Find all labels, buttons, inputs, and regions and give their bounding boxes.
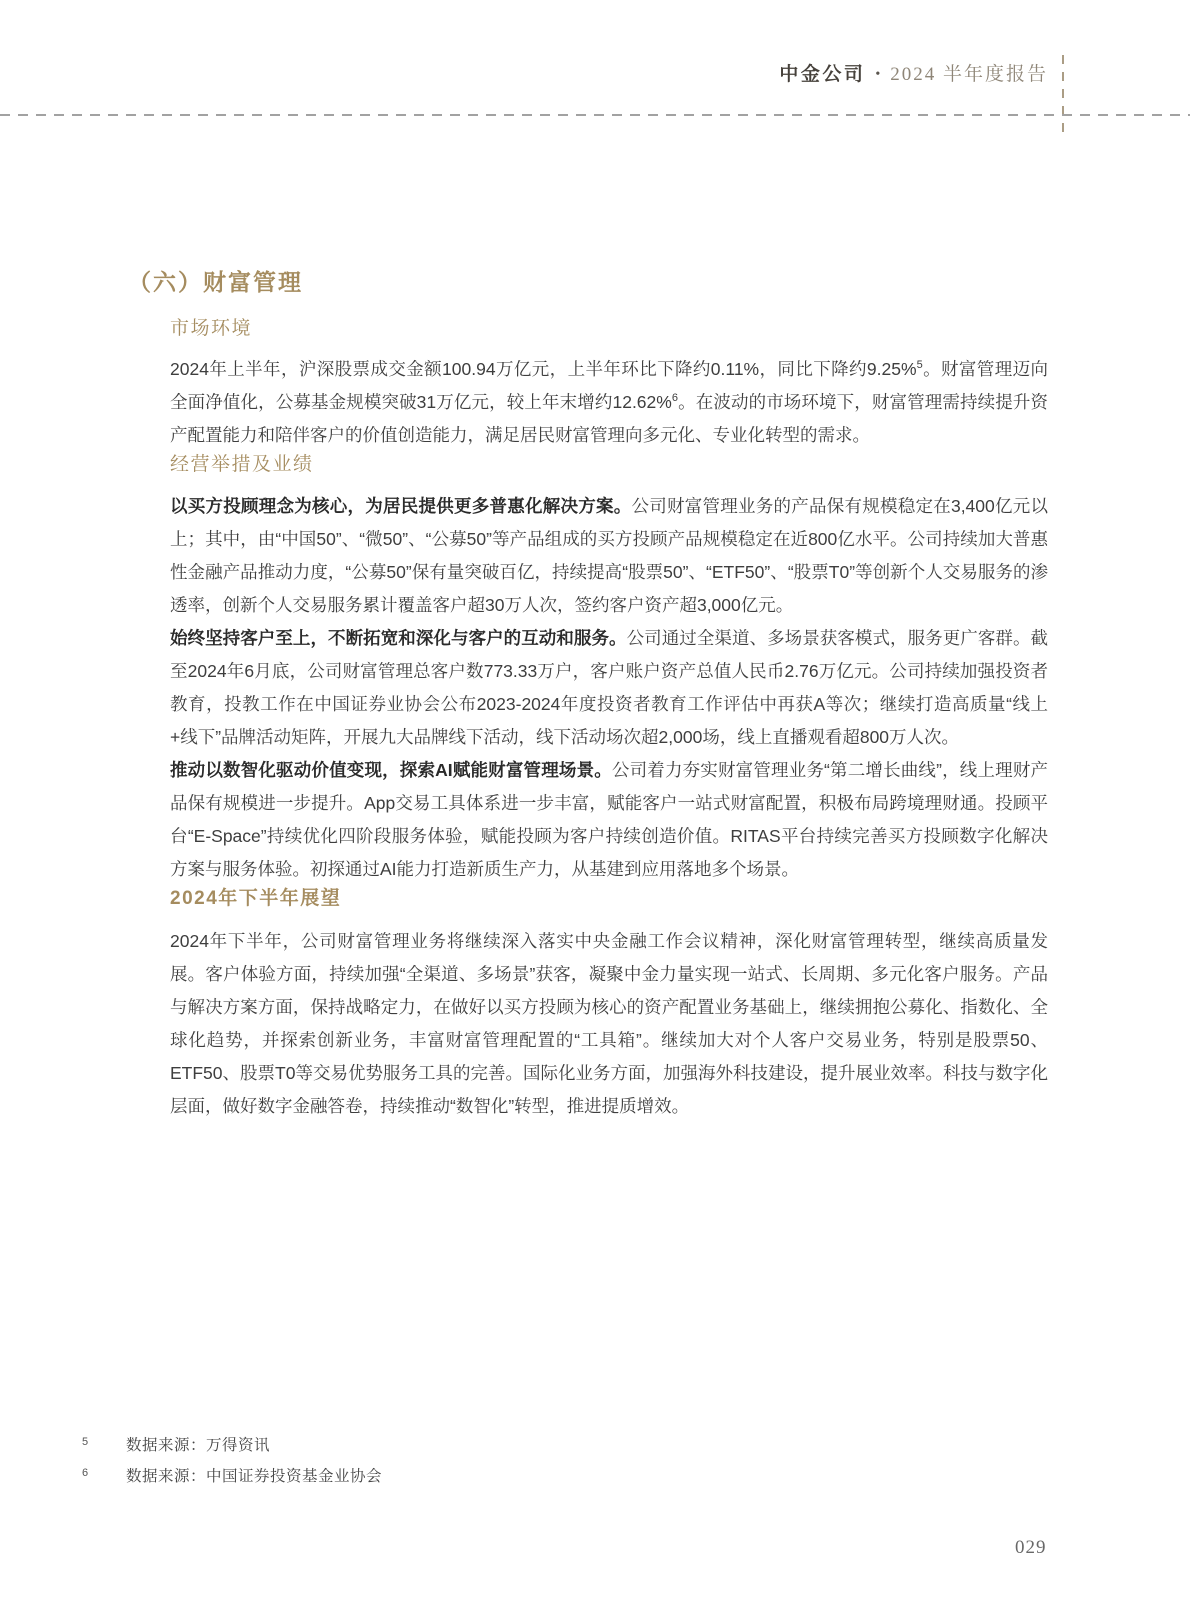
operations-paragraph-2-lead: 始终坚持客户至上，不断拓宽和深化与客户的互动和服务。 — [170, 628, 627, 648]
footnote-text: 数据来源：中国证券投资基金业协会 — [126, 1464, 382, 1486]
market-environment-heading: 市场环境 — [170, 316, 1048, 342]
header-company-name: 中金公司 — [779, 64, 865, 85]
section-title: （六）财富管理 — [128, 266, 1048, 298]
footnote-item-5: 5 数据来源：万得资讯 — [82, 1433, 382, 1464]
footnote-number: 5 — [82, 1433, 126, 1448]
footnote-item-6: 6 数据来源：中国证券投资基金业协会 — [82, 1464, 382, 1495]
operations-paragraph-3: 推动以数智化驱动价值变现，探索AI赋能财富管理场景。公司着力夯实财富管理业务“第… — [170, 754, 1048, 886]
operations-paragraph-1: 以买方投顾理念为核心，为居民提供更多普惠化解决方案。公司财富管理业务的产品保有规… — [170, 490, 1048, 622]
page-content: （六）财富管理 市场环境 2024年上半年，沪深股票成交金额100.94万亿元，… — [170, 266, 1048, 1123]
market-environment-paragraph: 2024年上半年，沪深股票成交金额100.94万亿元，上半年环比下降约0.11%… — [170, 353, 1048, 452]
report-page: 中金公司•2024 半年度报告 （六）财富管理 市场环境 2024年上半年，沪深… — [0, 0, 1190, 1615]
header-vertical-dashed-rule — [1062, 55, 1064, 137]
footnote-number: 6 — [82, 1464, 126, 1479]
page-header: 中金公司•2024 半年度报告 — [779, 59, 1048, 86]
header-bullet-separator: • — [875, 67, 880, 82]
operations-paragraph-3-lead: 推动以数智化驱动价值变现，探索AI赋能财富管理场景。 — [170, 760, 612, 780]
outlook-paragraph: 2024年下半年，公司财富管理业务将继续深入落实中央金融工作会议精神，深化财富管… — [170, 925, 1048, 1123]
footnote-text: 数据来源：万得资讯 — [126, 1433, 270, 1455]
market-text-1: 2024年上半年，沪深股票成交金额100.94万亿元，上半年环比下降约0.11%… — [170, 359, 917, 379]
operations-paragraph-2: 始终坚持客户至上，不断拓宽和深化与客户的互动和服务。公司通过全渠道、多场景获客模… — [170, 622, 1048, 754]
page-number: 029 — [1015, 1537, 1047, 1559]
operations-paragraph-1-lead: 以买方投顾理念为核心，为居民提供更多普惠化解决方案。 — [170, 496, 631, 516]
outlook-heading: 2024年下半年展望 — [170, 886, 1048, 912]
header-horizontal-dashed-rule — [0, 114, 1190, 116]
header-report-title: 2024 半年度报告 — [890, 64, 1048, 85]
footnotes: 5 数据来源：万得资讯 6 数据来源：中国证券投资基金业协会 — [82, 1433, 382, 1495]
operations-heading: 经营举措及业绩 — [170, 452, 1048, 478]
